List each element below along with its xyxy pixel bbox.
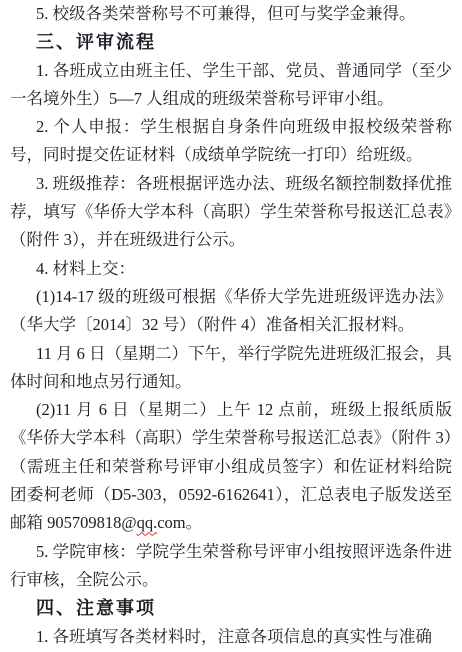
spellcheck-underlined-text: qq. [137, 513, 158, 532]
text-run: (1)14-17 级的班级可根据《华侨大学先进班级评选办法》（华大学〔2014〕… [10, 287, 452, 334]
text-run: (2)11 月 6 日（星期二）上午 12 点前，班级上报纸质版《华侨大学本科（… [10, 400, 452, 532]
paragraph: 1. 各班成立由班主任、学生干部、党员、普通同学（至少一名境外生）5—7 人组成… [10, 57, 452, 114]
paragraph: 5. 学院审核：学院学生荣誉称号评审小组按照评选条件进行审核，全院公示。 [10, 538, 452, 595]
section-heading: 四、注意事项 [10, 594, 452, 622]
text-run: 1. 各班成立由班主任、学生干部、党员、普通同学（至少一名境外生）5—7 人组成… [10, 61, 452, 108]
paragraph: 1. 各班填写各类材料时，注意各项信息的真实性与准确 [10, 623, 452, 651]
text-run: 11 月 6 日（星期二）下午，举行学院先进班级汇报会，具体时间和地点另行通知。 [10, 344, 452, 391]
text-run: 5. 校级各类荣誉称号不可兼得，但可与奖学金兼得。 [36, 4, 416, 23]
text-run: 4. 材料上交： [36, 259, 135, 278]
text-run: 1. 各班填写各类材料时，注意各项信息的真实性与准确 [36, 627, 432, 646]
paragraph: 4. 材料上交： [10, 255, 452, 283]
text-run: com。 [157, 513, 202, 532]
paragraph: (1)14-17 级的班级可根据《华侨大学先进班级评选办法》（华大学〔2014〕… [10, 283, 452, 340]
text-run: 2. 个人申报：学生根据自身条件向班级申报校级荣誉称号，同时提交佐证材料（成绩单… [10, 117, 452, 164]
notice-body: 5. 校级各类荣誉称号不可兼得，但可与奖学金兼得。三、评审流程1. 各班成立由班… [0, 0, 462, 651]
section-heading: 三、评审流程 [10, 28, 452, 56]
text-run: 5. 学院审核：学院学生荣誉称号评审小组按照评选条件进行审核，全院公示。 [10, 542, 452, 589]
paragraph: 5. 校级各类荣誉称号不可兼得，但可与奖学金兼得。 [10, 0, 452, 28]
paragraph: (2)11 月 6 日（星期二）上午 12 点前，班级上报纸质版《华侨大学本科（… [10, 396, 452, 537]
paragraph: 11 月 6 日（星期二）下午，举行学院先进班级汇报会，具体时间和地点另行通知。 [10, 340, 452, 397]
text-run: 3. 班级推荐：各班根据评选办法、班级名额控制数择优推荐，填写《华侨大学本科（高… [10, 174, 452, 250]
paragraph: 3. 班级推荐：各班根据评选办法、班级名额控制数择优推荐，填写《华侨大学本科（高… [10, 170, 452, 255]
text-run: 四、注意事项 [36, 598, 156, 618]
paragraph: 2. 个人申报：学生根据自身条件向班级申报校级荣誉称号，同时提交佐证材料（成绩单… [10, 113, 452, 170]
text-run: 三、评审流程 [36, 32, 156, 52]
document-page: 5. 校级各类荣誉称号不可兼得，但可与奖学金兼得。三、评审流程1. 各班成立由班… [0, 0, 462, 652]
